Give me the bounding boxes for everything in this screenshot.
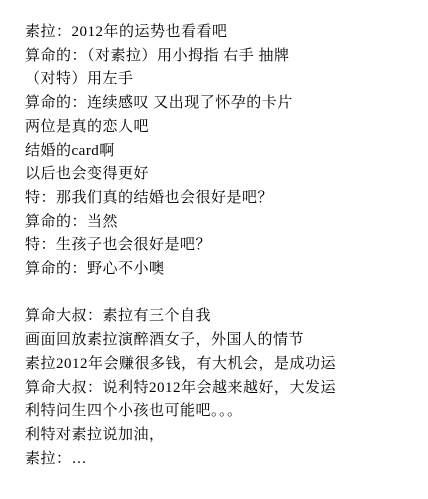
text-line: 算命大叔：素拉有三个自我 (25, 305, 412, 329)
text-line: 算命的：当然 (25, 211, 412, 235)
text-line: 特：那我们真的结婚也会很好是吧？ (25, 187, 412, 211)
text-line: 算命的：（对素拉）用小拇指 右手 抽牌 (25, 45, 412, 69)
text-line: 画面回放素拉演醉酒女子，外国人的情节 (25, 329, 412, 353)
text-line: 素拉2012年会赚很多钱，有大机会，是成功运 (25, 353, 412, 377)
text-line: 素拉：… (25, 448, 412, 472)
text-line: 算命的：连续感叹 又出现了怀孕的卡片 (25, 92, 412, 116)
text-line: 算命的：野心不小噢 (25, 258, 412, 282)
text-line: 利特对素拉说加油， (25, 424, 412, 448)
transcript-page: 素拉：2012年的运势也看看吧 算命的：（对素拉）用小拇指 右手 抽牌 （对特）… (0, 0, 428, 499)
text-line: 特：生孩子也会很好是吧？ (25, 234, 412, 258)
text-line: 两位是真的恋人吧 (25, 116, 412, 140)
blank-line (25, 282, 412, 306)
text-line: 以后也会变得更好 (25, 163, 412, 187)
text-line: 素拉：2012年的运势也看看吧 (25, 21, 412, 45)
text-line: 利特问生四个小孩也可能吧。。。 (25, 400, 412, 424)
text-line: 算命大叔：说利特2012年会越来越好，大发运 (25, 377, 412, 401)
text-line: 结婚的card啊 (25, 140, 412, 164)
text-line: （对特）用左手 (25, 68, 412, 92)
